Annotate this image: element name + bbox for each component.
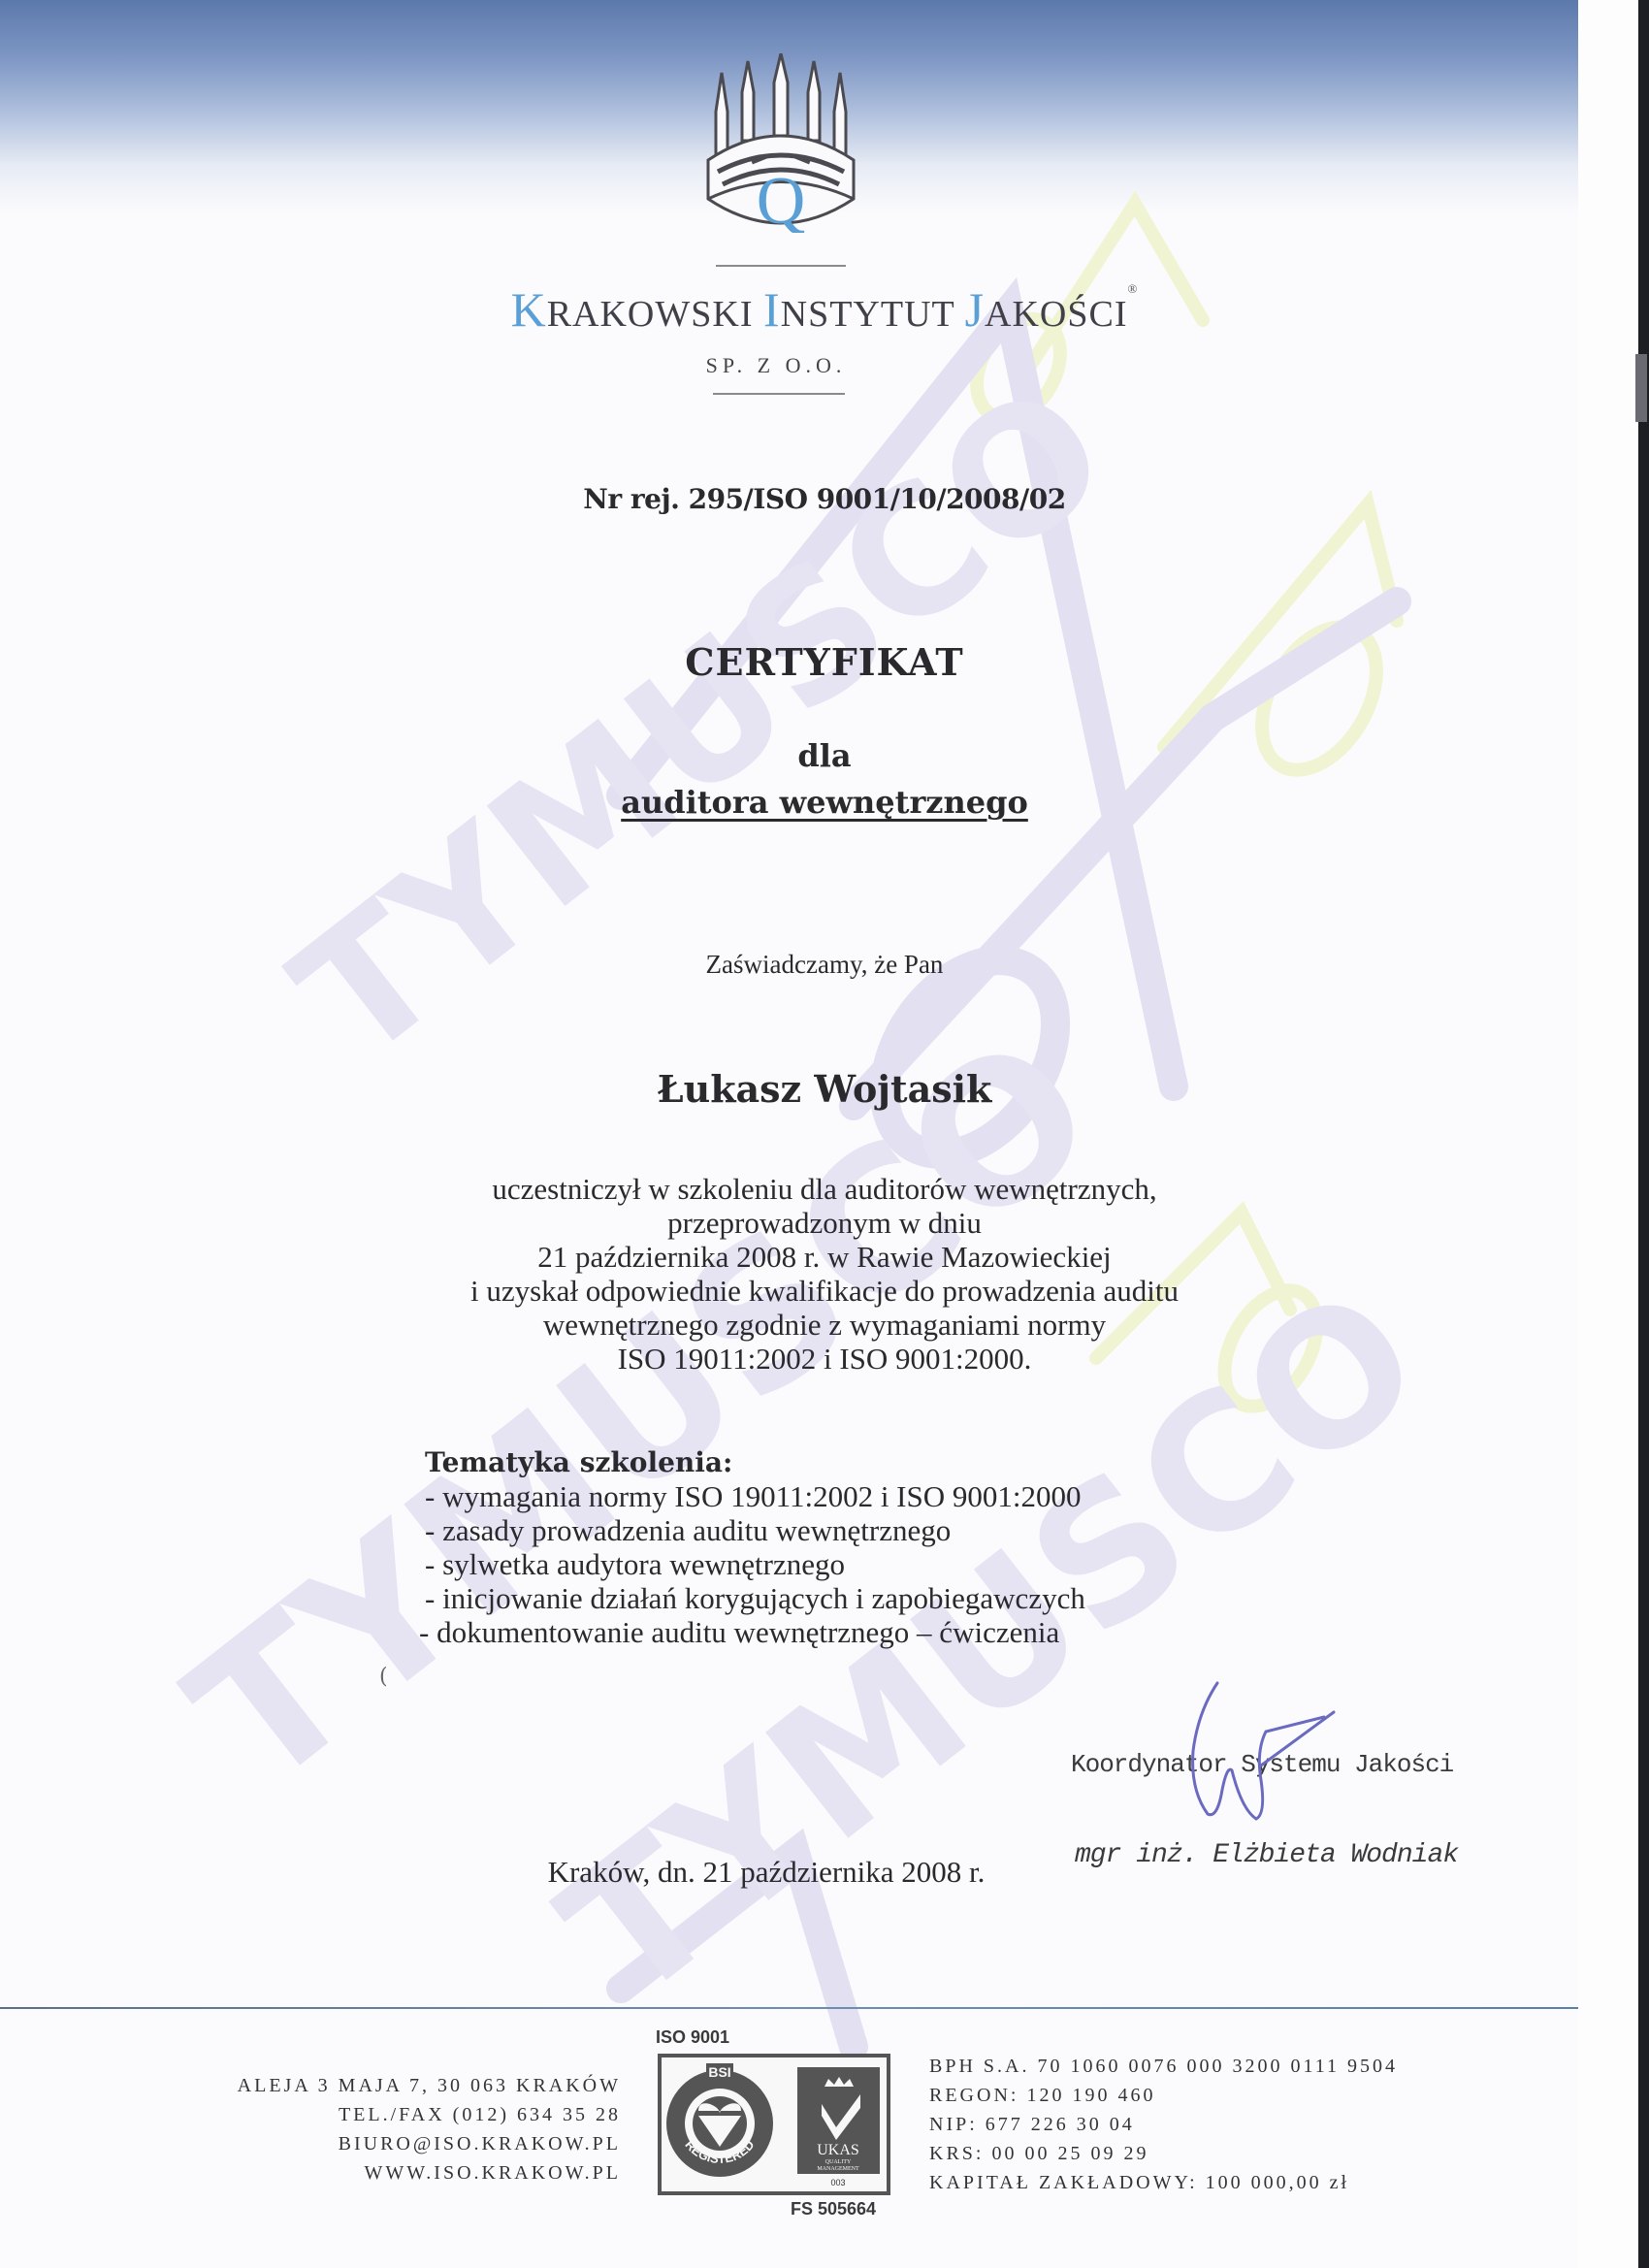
share-capital: KAPITAŁ ZAKŁADOWY: 100 000,00 zł xyxy=(929,2168,1511,2197)
certificate-subtitle: auditora wewnętrznego xyxy=(388,784,1261,821)
certificate-number: FS 505664 xyxy=(791,2199,876,2219)
email-link[interactable]: BIURO@ISO.KRAKOW.PL xyxy=(194,2129,621,2158)
krs: KRS: 00 00 25 09 29 xyxy=(929,2139,1511,2168)
address-line: ALEJA 3 MAJA 7, 30 063 KRAKÓW xyxy=(194,2071,621,2100)
body-line: uczestniczył w szkoleniu dla auditorów w… xyxy=(291,1172,1358,1206)
svg-text:TYMUSCO: TYMUSCO xyxy=(151,994,1134,1831)
phone-line: TEL./FAX (012) 634 35 28 xyxy=(194,2100,621,2129)
body-line: przeprowadzonym w dniu xyxy=(291,1206,1358,1240)
footer-divider xyxy=(0,2007,1578,2009)
registration-number: Nr rej. 295/ISO 9001/10/2008/02 xyxy=(388,483,1261,515)
castle-logo-icon: Q xyxy=(698,53,863,233)
certification-badge: BSI REGISTERED UKAS QUALITY MANAGEMENT 0… xyxy=(658,2054,890,2195)
signatory-name: mgr inż. Elżbieta Wodniak xyxy=(1075,1840,1458,1870)
body-line: 21 października 2008 r. w Rawie Mazowiec… xyxy=(291,1240,1358,1274)
svg-text:UKAS: UKAS xyxy=(817,2142,859,2158)
watermark: TYMUSCO TYMUSCO TYMUSCO xyxy=(0,0,1578,2268)
topics-header: Tematyka szkolenia: xyxy=(425,1445,1298,1479)
topic-item: - wymagania normy ISO 19011:2002 i ISO 9… xyxy=(425,1479,1298,1513)
divider-top xyxy=(716,265,846,267)
svg-text:TYMUSCO: TYMUSCO xyxy=(260,347,1144,1100)
scan-margin xyxy=(1578,0,1638,2268)
topic-item: - sylwetka audytora wewnętrznego xyxy=(425,1547,1298,1581)
recipient-name: Łukasz Wojtasik xyxy=(388,1067,1261,1111)
svg-text:003: 003 xyxy=(830,2178,845,2187)
stray-mark: ( xyxy=(379,1665,388,1689)
topic-item: - inicjowanie działań korygujących i zap… xyxy=(425,1581,1298,1615)
company-word-2: INSTYTUT xyxy=(763,294,965,335)
signature-icon xyxy=(1159,1673,1343,1829)
body-line: wewnętrznego zgodnie z wymaganiami normy xyxy=(291,1308,1358,1342)
iso-standard-label: ISO 9001 xyxy=(656,2027,729,2048)
certificate-body: uczestniczył w szkoleniu dla auditorów w… xyxy=(291,1172,1358,1376)
body-line: i uzyskał odpowiednie kwalifikacje do pr… xyxy=(291,1274,1358,1308)
legal-form: SP. Z O.O. xyxy=(630,353,921,378)
bank-account: BPH S.A. 70 1060 0076 000 3200 0111 9504 xyxy=(929,2052,1511,2081)
svg-text:QUALITY: QUALITY xyxy=(825,2159,852,2165)
scan-edge xyxy=(1638,0,1649,2268)
bsi-ukas-logo-icon: BSI REGISTERED UKAS QUALITY MANAGEMENT 0… xyxy=(662,2057,887,2191)
company-name: KRAKOWSKI INSTYTUT JAKOŚCI® xyxy=(388,281,1261,338)
certificate-page: TYMUSCO TYMUSCO TYMUSCO Q KRAKOWSKI INST… xyxy=(0,0,1578,2268)
topic-item: - zasady prowadzenia auditu wewnętrznego xyxy=(425,1513,1298,1547)
attest-text: Zaświadczamy, że Pan xyxy=(388,950,1261,980)
regon: REGON: 120 190 460 xyxy=(929,2081,1511,2110)
address-block: ALEJA 3 MAJA 7, 30 063 KRAKÓW TEL./FAX (… xyxy=(194,2071,621,2187)
scan-edge-tab xyxy=(1635,354,1647,422)
training-topics: Tematyka szkolenia: - wymagania normy IS… xyxy=(425,1445,1298,1649)
body-line: ISO 19011:2002 i ISO 9001:2000. xyxy=(291,1342,1358,1376)
svg-text:Q: Q xyxy=(757,164,806,233)
svg-text:MANAGEMENT: MANAGEMENT xyxy=(817,2166,859,2172)
svg-text:BSI: BSI xyxy=(708,2064,730,2080)
divider-bottom xyxy=(713,393,845,395)
nip: NIP: 677 226 30 04 xyxy=(929,2110,1511,2139)
certificate-title: CERTYFIKAT xyxy=(388,640,1261,684)
topic-item: - dokumentowanie auditu wewnętrznego – ć… xyxy=(419,1615,1298,1649)
company-word-3: JAKOŚCI xyxy=(965,294,1128,335)
company-word-1: KRAKOWSKI xyxy=(511,294,763,335)
company-details: BPH S.A. 70 1060 0076 000 3200 0111 9504… xyxy=(929,2052,1511,2197)
website-link[interactable]: WWW.ISO.KRAKOW.PL xyxy=(194,2158,621,2187)
registered-mark: ® xyxy=(1128,281,1139,296)
for-label: dla xyxy=(388,737,1261,774)
place-and-date: Kraków, dn. 21 października 2008 r. xyxy=(475,1855,1057,1890)
